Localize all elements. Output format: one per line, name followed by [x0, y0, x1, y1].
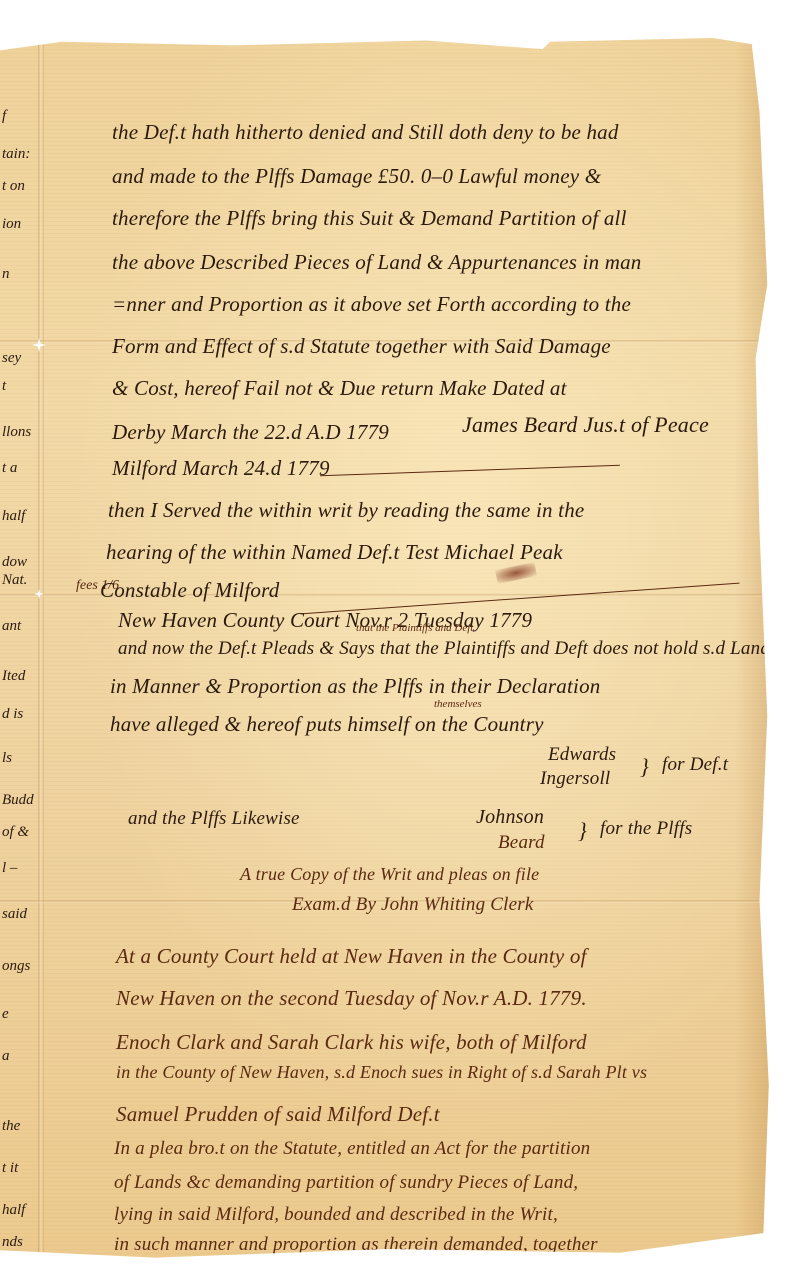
margin-fragment: Ited [2, 668, 25, 685]
plaintiff-label: for the Plffs [600, 818, 692, 840]
ink-blot [495, 562, 537, 584]
margin-fragment: half [2, 508, 25, 525]
record-line: At a County Court held at New Haven in t… [116, 944, 587, 969]
margin-fragment: t it [2, 1160, 18, 1177]
writ-line: =nner and Proportion as it above set For… [112, 292, 631, 317]
writ-line: the Def.t hath hitherto denied and Still… [112, 120, 619, 145]
margin-fragment: ion [2, 216, 21, 233]
flourish-line [320, 465, 620, 476]
true-copy-line: A true Copy of the Writ and pleas on fil… [240, 864, 539, 885]
writ-date-line: Derby March the 22.d A.D 1779 [112, 420, 389, 445]
margin-fragment: the [2, 1118, 20, 1135]
plea-line: have alleged & hereof puts himself on th… [110, 712, 544, 737]
record-line: Enoch Clark and Sarah Clark his wife, bo… [116, 1030, 587, 1055]
constable-line: Constable of Milford [100, 578, 279, 603]
return-date-line: Milford March 24.d 1779 [112, 456, 330, 481]
record-line: with £50.0.0 Lawfull money Damages, as b… [114, 1264, 562, 1286]
margin-fragment: t a [2, 460, 17, 477]
margin-fragment: t [2, 378, 6, 395]
margin-fragment: e [2, 1006, 9, 1023]
margin-fragment: Budd [2, 792, 34, 809]
margin-fragment: a [2, 1048, 10, 1065]
plea-line: and now the Def.t Pleads & Says that the… [118, 638, 778, 660]
defense-label: for Def.t [662, 754, 728, 776]
plea-line: in Manner & Proportion as the Plffs in t… [110, 674, 600, 699]
attorney-name: Beard [498, 832, 545, 854]
margin-fragment: t on [2, 178, 25, 195]
vertical-fold [38, 38, 44, 1270]
writ-line: and made to the Plffs Damage £50. 0–0 La… [112, 164, 601, 189]
margin-fragment: sey [2, 350, 21, 367]
clerk-attestation: Exam.d By John Whiting Clerk [292, 894, 533, 916]
attorney-name: Johnson [476, 806, 544, 829]
margin-fragment: said [2, 906, 27, 923]
margin-fragment: dow [2, 554, 27, 571]
record-line: in the County of New Haven, s.d Enoch su… [116, 1062, 647, 1083]
brace: } [640, 754, 649, 780]
return-line: hearing of the within Named Def.t Test M… [106, 540, 563, 565]
writ-line: therefore the Plffs bring this Suit & De… [112, 206, 627, 231]
interlinear-insert: that the Plaintiffs and Deft [356, 622, 473, 634]
margin-fragment: ongs [2, 958, 30, 975]
margin-fragment: f [2, 108, 6, 125]
writ-line: Form and Effect of s.d Statute together … [112, 334, 611, 359]
manuscript-page: f tain: t on ion n sey t llons t a half … [0, 38, 775, 1270]
margin-fragment: tain: [2, 146, 30, 163]
attorney-name: Edwards [548, 744, 616, 766]
record-line: Samuel Prudden of said Milford Def.t [116, 1102, 440, 1127]
return-line: then I Served the within writ by reading… [108, 498, 584, 523]
margin-fragment: ls [2, 750, 12, 767]
margin-fragment: n [2, 266, 10, 283]
catchword: dated [718, 1248, 749, 1264]
writ-line: & Cost, hereof Fail not & Due return Mak… [112, 376, 567, 401]
margin-fragment: d is [2, 706, 23, 723]
record-line: in such manner and proportion as therein… [114, 1234, 598, 1256]
interlinear-insert: themselves [434, 698, 482, 710]
record-line: In a plea bro.t on the Statute, entitled… [114, 1138, 590, 1160]
writ-line: the above Described Pieces of Land & App… [112, 250, 642, 275]
margin-fragment: ant [2, 618, 21, 635]
margin-fragment: half [2, 1202, 25, 1219]
margin-fragment: of & [2, 824, 29, 841]
margin-fragment: l – [2, 860, 17, 877]
record-line: of Lands &c demanding partition of sundr… [114, 1172, 578, 1194]
record-line: lying in said Milford, bounded and descr… [114, 1204, 558, 1226]
margin-fragment: Nat. [2, 572, 27, 589]
brace: } [578, 818, 587, 844]
attorney-name: Ingersoll [540, 768, 610, 790]
plaintiff-line: and the Plffs Likewise [128, 808, 300, 830]
previous-page-margin: f tain: t on ion n sey t llons t a half … [0, 38, 38, 1270]
margin-fragment: llons [2, 424, 31, 441]
record-line: New Haven on the second Tuesday of Nov.r… [116, 986, 587, 1011]
margin-fragment: nds [2, 1234, 23, 1251]
justice-signature: James Beard Jus.t of Peace [462, 412, 709, 438]
